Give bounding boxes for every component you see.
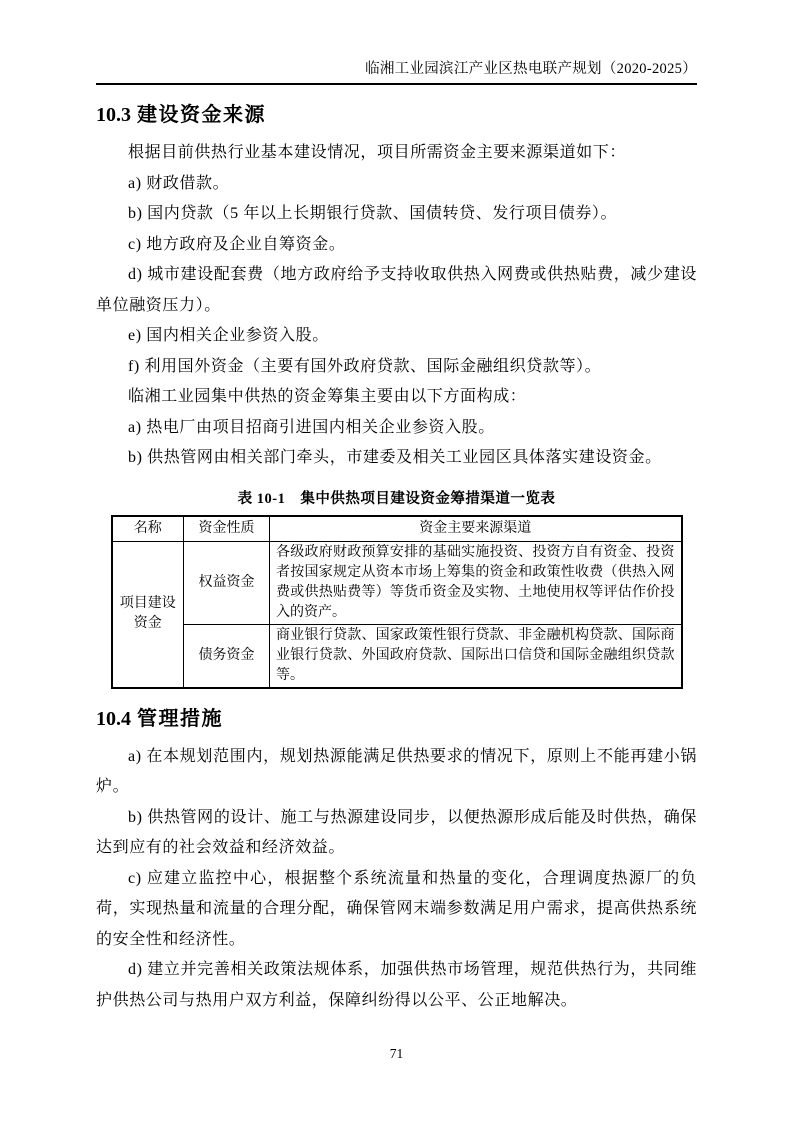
paragraph-funding-intro: 临湘工业园集中供热的资金筹集主要由以下方面构成： xyxy=(96,382,697,413)
paragraph-item-f: f) 利用国外资金（主要有国外政府贷款、国际金融组织贷款等）。 xyxy=(96,352,697,383)
header-title: 临湘工业园滨江产业区热电联产规划（2020-2025） xyxy=(365,61,697,77)
paragraph-funding-b: b) 供热管网由相关部门牵头，市建委及相关工业园区具体落实建设资金。 xyxy=(96,443,697,474)
table-header-row: 名称 资金性质 资金主要来源渠道 xyxy=(112,516,682,542)
paragraph-item-a: a) 财政借款。 xyxy=(96,169,697,200)
cell-channels-equity: 各级政府财政预算安排的基础实施投资、投资方自有资金、投资者按国家规定从资本市场上… xyxy=(270,541,682,624)
paragraph-funding-a: a) 热电厂由项目招商引进国内相关企业参资入股。 xyxy=(96,413,697,444)
col-header-nature: 资金性质 xyxy=(184,516,270,542)
paragraph-intro: 根据目前供热行业基本建设情况，项目所需资金主要来源渠道如下： xyxy=(96,138,697,169)
paragraph-item-c: c) 地方政府及企业自筹资金。 xyxy=(96,230,697,261)
page-header: 临湘工业园滨江产业区热电联产规划（2020-2025） xyxy=(96,0,697,85)
paragraph-measure-b: b) 供热管网的设计、施工与热源建设同步，以便热源形成后能及时供热，确保达到应有… xyxy=(96,803,697,864)
cell-group-name: 项目建设资金 xyxy=(112,541,184,688)
col-header-channels: 资金主要来源渠道 xyxy=(270,516,682,542)
col-header-name: 名称 xyxy=(112,516,184,542)
paragraph-measure-a: a) 在本规划范围内，规划热源能满足供热要求的情况下，原则上不能再建小锅炉。 xyxy=(96,742,697,803)
paragraph-item-e: e) 国内相关企业参资入股。 xyxy=(96,321,697,352)
section-10-3-heading: 10.3建设资金来源 xyxy=(96,98,697,127)
table-row: 项目建设资金 权益资金 各级政府财政预算安排的基础实施投资、投资方自有资金、投资… xyxy=(112,541,682,624)
page-number: 71 xyxy=(390,1046,404,1061)
paragraph-measure-c: c) 应建立监控中心，根据整个系统流量和热量的变化，合理调度热源厂的负荷，实现热… xyxy=(96,864,697,956)
section-number: 10.3 xyxy=(96,104,131,126)
funding-table: 名称 资金性质 资金主要来源渠道 项目建设资金 权益资金 各级政府财政预算安排的… xyxy=(111,515,683,689)
cell-nature-debt: 债务资金 xyxy=(184,624,270,688)
cell-nature-equity: 权益资金 xyxy=(184,541,270,624)
paragraph-item-d: d) 城市建设配套费（地方政府给予支持收取供热入网费或供热贴费，减少建设单位融资… xyxy=(96,260,697,321)
page-content: 10.3建设资金来源 根据目前供热行业基本建设情况，项目所需资金主要来源渠道如下… xyxy=(96,98,697,1016)
section-title: 建设资金来源 xyxy=(137,104,266,126)
document-page: 临湘工业园滨江产业区热电联产规划（2020-2025） 10.3建设资金来源 根… xyxy=(0,0,793,1122)
section-10-4-heading: 10.4管理措施 xyxy=(96,702,697,731)
table-row: 债务资金 商业银行贷款、国家政策性银行贷款、非金融机构贷款、国际商业银行贷款、外… xyxy=(112,624,682,688)
paragraph-measure-d: d) 建立并完善相关政策法规体系，加强供热市场管理，规范供热行为，共同维护供热公… xyxy=(96,955,697,1016)
paragraph-item-b: b) 国内贷款（5 年以上长期银行贷款、国债转贷、发行项目债券）。 xyxy=(96,199,697,230)
table-caption: 表 10-1 集中供热项目建设资金筹措渠道一览表 xyxy=(96,487,697,508)
cell-channels-debt: 商业银行贷款、国家政策性银行贷款、非金融机构贷款、国际商业银行贷款、外国政府贷款… xyxy=(270,624,682,688)
page-footer: 71 xyxy=(0,1046,793,1062)
section-number: 10.4 xyxy=(96,708,131,730)
section-title: 管理措施 xyxy=(137,708,223,730)
